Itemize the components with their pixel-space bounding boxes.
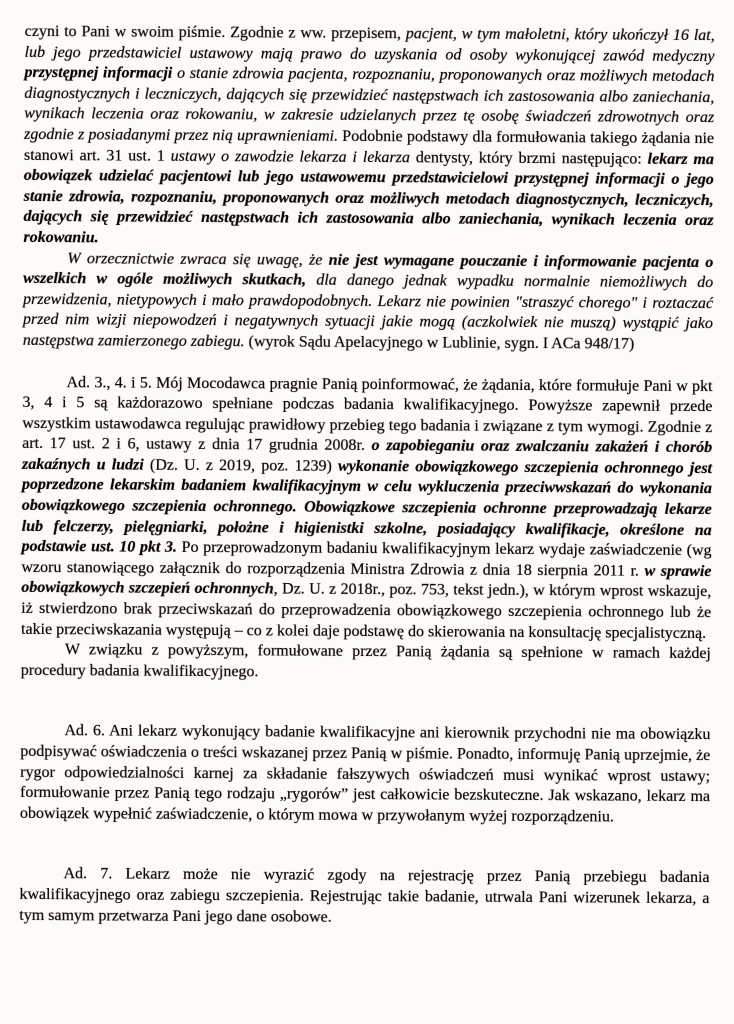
text-run: W związku z powyższym, formułowane przez… xyxy=(21,641,711,680)
paragraph: W związku z powyższym, formułowane przez… xyxy=(21,640,711,685)
text-run: (Dz. U. z 2019, poz. 1239) xyxy=(150,457,338,475)
text-run: W orzecznictwie zwraca się uwagę, że xyxy=(67,250,328,269)
text-run: Ad. 6. Ani lekarz wykonujący badanie kwa… xyxy=(20,723,711,826)
text-run: Ad. 7. Lekarz może nie wyrazić zgody na … xyxy=(19,866,709,926)
text-run: ustawy o zawodzie lekarza i lekarza xyxy=(171,147,416,165)
paragraph: Ad. 6. Ani lekarz wykonujący badanie kwa… xyxy=(20,721,711,828)
document-text-block: czyni to Pani w swoim piśmie. Zgodnie z … xyxy=(19,22,715,930)
text-run: (wyrok Sądu Apelacyjnego w Lublinie, syg… xyxy=(249,333,635,352)
text-run: dentysty, który brzmi następująco: xyxy=(416,149,648,167)
paragraph: Ad. 7. Lekarz może nie wyrazić zgody na … xyxy=(19,864,709,930)
paragraph: W orzecznictwie zwraca się uwagę, że nie… xyxy=(23,248,714,355)
scanned-document-page: czyni to Pani w swoim piśmie. Zgodnie z … xyxy=(0,0,734,1024)
paragraph: Ad. 3., 4. i 5. Mój Mocodawca pragnie Pa… xyxy=(21,372,713,644)
paragraph: czyni to Pani w swoim piśmie. Zgodnie z … xyxy=(23,22,714,253)
text-run: przystępnej informacji xyxy=(24,64,177,82)
text-run: czyni to Pani w swoim piśmie. Zgodnie z … xyxy=(25,23,406,42)
